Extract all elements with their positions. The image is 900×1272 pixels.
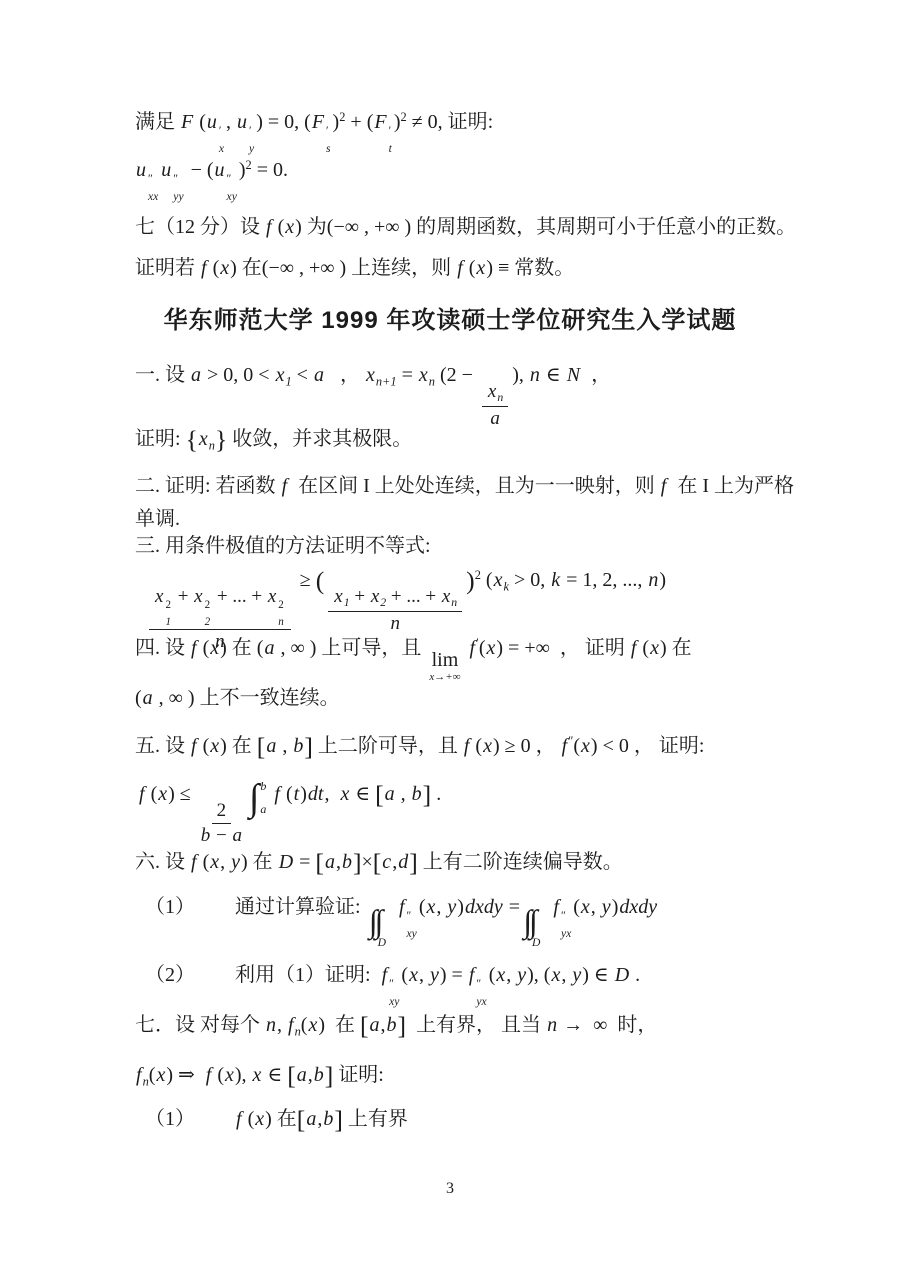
text-run: = (397, 364, 418, 386)
text-run: − (211, 825, 231, 846)
text-run: ( (243, 1108, 255, 1130)
text-run: ∈ (541, 364, 566, 386)
sup-sub-stack: 21 (165, 600, 171, 628)
big-delimiter: ] (334, 1105, 343, 1134)
math-italic: u (135, 159, 147, 181)
text-run: ( (212, 1064, 224, 1086)
text-run: , (561, 964, 571, 986)
text-run: ), ( (527, 964, 550, 986)
text-run: 满足 (135, 111, 180, 133)
numerator: xn (482, 381, 508, 407)
limit-operator: limx→+∞ (429, 650, 460, 683)
math-italic: a (231, 825, 243, 846)
numerator: x1 + x2 + ... + xn (328, 586, 462, 612)
stack-subscript: y (249, 143, 254, 155)
text-run: ) (457, 896, 464, 918)
text-run: + (173, 586, 193, 607)
text-run: + ... + (212, 586, 267, 607)
math-italic: x (408, 964, 419, 986)
text-run: ) (300, 783, 307, 805)
math-italic: f (456, 257, 464, 279)
text-run: ) 在 (241, 851, 278, 873)
math-italic: b (341, 851, 353, 873)
text-run: ∈ (262, 1064, 287, 1086)
text-run: 单调. (135, 508, 180, 530)
denominator: b − a (200, 824, 243, 847)
text-run: ， (325, 364, 365, 386)
math-italic: f (468, 964, 476, 986)
math-italic: y (429, 964, 440, 986)
math-italic: f (135, 1064, 143, 1086)
stack-subscript: x (219, 143, 224, 155)
math-italic: f (265, 216, 273, 238)
big-delimiter: ] (398, 1011, 407, 1040)
text-run: ( (464, 257, 476, 279)
math-italic: x (495, 964, 506, 986)
math-italic: y (446, 896, 457, 918)
math-italic: f (281, 475, 289, 497)
text-run: ( (637, 637, 649, 659)
lower-limit: a (260, 802, 266, 817)
big-delimiter: [ (375, 780, 384, 809)
text-run: , (381, 1014, 386, 1036)
text-run: ) = (440, 964, 468, 986)
text-run: ) 在(−∞ , +∞ ) 上连续，则 (230, 257, 456, 279)
math-italic: f (273, 783, 281, 805)
text-run: , (396, 783, 411, 805)
stack-subscript: 2 (205, 617, 211, 628)
math-italic: y (601, 896, 612, 918)
subscript: n+1 (376, 374, 397, 388)
text-run: 2 (217, 800, 227, 821)
text-run: 证明若 (135, 257, 200, 279)
p4-line-2: (a , ∞ ) 上不一致连续。 (135, 686, 340, 711)
text-run: ), (235, 1064, 252, 1086)
math-italic: a (142, 687, 154, 709)
text-run: 收敛，并求其极限。 (227, 428, 412, 450)
math-italic: D (278, 851, 294, 873)
math-italic: x (649, 637, 660, 659)
math-italic: x (155, 1064, 166, 1086)
sup-sub-stack: ″yx (561, 910, 571, 939)
text-run: . (431, 783, 441, 805)
limit-below: x→+∞ (429, 672, 460, 683)
numerator: x21 + x22 + ... + x2n (149, 586, 291, 630)
p5-formula: f (x) ≤ 2b − a∫ba f (t)dt, x ∈ [a , b] . (138, 778, 441, 847)
math-italic: f (138, 783, 146, 805)
text-run: ), (512, 364, 529, 386)
text-run: = 0. (252, 159, 288, 181)
text-run: ) 为(−∞ , +∞ ) 的周期函数，其周期可小于任意小的正数。 (295, 216, 796, 238)
text-run: 上有界 (343, 1108, 408, 1130)
p2-line-1: 二. 证明: 若函数 f 在区间 I 上处处连续，且为一一映射，则 f 在 I … (135, 474, 794, 499)
math-italic: x (198, 428, 209, 450)
math-italic: x (275, 364, 286, 386)
fraction: xna (482, 381, 508, 430)
text-run: 二. 证明: 若函数 (135, 475, 281, 497)
p1-line-1: 一. 设 a > 0, 0 < x1 < a ， xn+1 = xn (2 − … (135, 363, 611, 430)
math-italic: n (647, 569, 659, 591)
math-italic: u (206, 111, 218, 133)
math-italic: c (381, 851, 392, 873)
text-run: ) (659, 569, 666, 591)
stack-superscript: ″ (173, 173, 178, 185)
sup-sub-stack: ″xy (407, 910, 417, 939)
text-run: ≠ 0, 证明: (407, 111, 494, 133)
math-italic: x (333, 586, 343, 607)
math-italic: u (236, 111, 248, 133)
p2-line-2: 单调. (135, 507, 180, 532)
text-run: 证明: (333, 1064, 384, 1086)
text-run: ( (481, 569, 493, 591)
p7-line-1: 七．设 对每个 n, fn(x) 在 [a,b] 上有界， 且当 n → ∞ 时… (135, 1010, 657, 1042)
math-italic: n (546, 1014, 558, 1036)
text-run: + ... + (386, 586, 441, 607)
text-run: , (277, 735, 292, 757)
intro-line-3: 七（12 分）设 f (x) 为(−∞ , +∞ ) 的周期函数，其周期可小于任… (135, 215, 796, 240)
text-run: ) 在 (660, 637, 692, 659)
limit-base: lim (432, 650, 459, 670)
text-run: → ∞ 时， (558, 1014, 657, 1036)
big-delimiter: } (215, 425, 227, 454)
text-run: ) = +∞ ， 证明 (496, 637, 629, 659)
stack-superscript: ′ (389, 125, 392, 137)
text-run: + (350, 586, 370, 607)
text-run: , (506, 964, 516, 986)
math-italic: n (265, 1014, 277, 1036)
intro-line-2: u″xxu″yy − (u″xy)2 = 0. (135, 158, 288, 202)
math-italic: x (209, 637, 220, 659)
stack-superscript: ′ (219, 125, 222, 137)
text-run: < (292, 364, 313, 386)
text-run: , (419, 964, 429, 986)
math-italic: dxdy (464, 896, 504, 918)
stack-subscript: xy (407, 928, 417, 940)
math-italic: x (209, 851, 220, 873)
math-italic: x (339, 783, 350, 805)
p1-line-2: 证明: {xn} 收敛，并求其极限。 (135, 424, 412, 456)
sup-sub-stack: ″yy (173, 173, 183, 202)
fraction: 2b − a (200, 800, 243, 847)
text-run: 一. 设 (135, 364, 190, 386)
text-run: 七（12 分）设 (135, 216, 265, 238)
double-integral-sign: ∫∫ (529, 907, 543, 936)
text-run: > 0, 0 < (202, 364, 275, 386)
math-italic: f (287, 1014, 295, 1036)
text-run: , (277, 1014, 287, 1036)
math-italic: x (154, 586, 164, 607)
p4-line-1: 四. 设 f (x) 在 (a , ∞ ) 上可导，且 limx→+∞ f′(x… (135, 636, 692, 683)
text-run: ( (146, 783, 158, 805)
text-run: = (504, 896, 525, 918)
math-italic: b (200, 825, 212, 846)
sup-sub-stack: ′y (249, 125, 254, 154)
stack-subscript: xy (227, 191, 237, 203)
text-run: = (294, 851, 315, 873)
subscript: n (497, 391, 503, 404)
math-italic: x (252, 1064, 263, 1086)
text-run: （1） 通过计算验证: (145, 896, 371, 918)
math-italic: a (324, 851, 336, 873)
stack-subscript: s (326, 143, 331, 155)
stack-superscript: 2 (205, 600, 211, 611)
text-run: ( (198, 735, 210, 757)
big-delimiter: [ (360, 1011, 369, 1040)
double-integral-sign: ∫∫ (375, 907, 389, 936)
text-run: ) 在 ( (220, 637, 263, 659)
math-italic: n (529, 364, 541, 386)
p7-item-1: （1） f (x) 在[a,b] 上有界 (145, 1104, 408, 1136)
stack-superscript: ″ (227, 173, 232, 185)
math-italic: a (489, 408, 501, 429)
text-run: 上有二阶连续偏导数。 (418, 851, 623, 873)
big-delimiter: ] (409, 848, 418, 877)
text-run: 六. 设 (135, 851, 190, 873)
big-delimiter: [ (287, 1061, 296, 1090)
math-italic: b (411, 783, 423, 805)
text-run: （2） 利用（1）证明: (145, 964, 381, 986)
math-italic: k (550, 569, 561, 591)
stack-superscript: 2 (278, 600, 284, 611)
math-italic: x (193, 586, 203, 607)
document-title: 华东师范大学 1999 年攻读硕士学位研究生入学试题 (0, 300, 900, 335)
math-italic: x (425, 896, 436, 918)
denominator: n (389, 612, 401, 635)
numerator: 2 (212, 800, 232, 824)
text-run: ( (470, 735, 482, 757)
text-run: , ∞ ) 上不一致连续。 (154, 687, 340, 709)
integral: ∫ba (249, 778, 266, 818)
text-run: 五. 设 (135, 735, 190, 757)
math-italic: N (566, 364, 581, 386)
page-number: 3 (0, 1180, 900, 1198)
text-run: . (630, 964, 640, 986)
text-run: 七．设 对每个 (135, 1014, 265, 1036)
math-italic: F (180, 111, 194, 133)
math-italic: F (373, 111, 387, 133)
text-run: ) = 0, ( (256, 111, 311, 133)
text-run: 在区间 I 上处处连续，且为一一映射，则 (288, 475, 660, 497)
sup-sub-stack: ″yx (476, 978, 486, 1007)
sup-sub-stack: ′x (219, 125, 224, 154)
text-run: , ∞ ) 上可导，且 (275, 637, 426, 659)
math-italic: b (386, 1014, 398, 1036)
math-italic: x (418, 364, 429, 386)
big-delimiter: ] (304, 732, 313, 761)
double-integral: ∫∫D (375, 907, 389, 948)
stack-superscript: ′ (249, 125, 252, 137)
stack-subscript: 1 (165, 617, 171, 628)
text-run: , (591, 896, 601, 918)
stack-subscript: n (278, 617, 284, 628)
stack-superscript: ″ (407, 910, 412, 922)
text-run: 证明: (135, 428, 186, 450)
integral-domain: D (378, 937, 386, 949)
p6-item-1: （1） 通过计算验证: ∫∫D f″xy(x, y)dxdy = ∫∫D f″y… (145, 895, 658, 948)
subscript: n (451, 596, 457, 609)
text-run: ) 在 (220, 735, 257, 757)
text-run: ) ≥ 0 ， (493, 735, 561, 757)
math-italic: b (292, 735, 304, 757)
text-run: 上有界， 且当 (406, 1014, 546, 1036)
math-italic: f (469, 637, 477, 659)
sup-sub-stack: 22 (205, 600, 211, 628)
math-italic: x (485, 637, 496, 659)
math-italic: f (552, 896, 560, 918)
math-italic: dxdy (618, 896, 658, 918)
text-run: + ( (345, 111, 373, 133)
math-italic: x (487, 381, 497, 402)
math-italic: y (571, 964, 582, 986)
math-italic: y (230, 851, 241, 873)
math-italic: f (235, 1108, 243, 1130)
math-italic: f (200, 257, 208, 279)
text-run: ) ∈ (582, 964, 613, 986)
stack-superscript: ″ (389, 978, 394, 990)
stack-superscript: ″ (476, 978, 481, 990)
math-italic: x (284, 216, 295, 238)
math-italic: x (580, 896, 591, 918)
math-italic: x (157, 783, 168, 805)
document-page: 华东师范大学 1999 年攻读硕士学位研究生入学试题 满足 F (u′x, u′… (0, 0, 900, 1272)
math-italic: a (263, 637, 275, 659)
math-italic: a (369, 1014, 381, 1036)
math-italic: x (475, 257, 486, 279)
math-italic: x (365, 364, 376, 386)
text-run: ) ≡ 常数。 (486, 257, 574, 279)
upper-limit: b (260, 779, 266, 794)
big-delimiter: ( (316, 566, 325, 595)
double-integral: ∫∫D (529, 907, 543, 948)
p3-head: 三. 用条件极值的方法证明不等式: (135, 534, 431, 559)
text-run: ( (208, 257, 220, 279)
math-italic: f (190, 637, 198, 659)
math-italic: b (313, 1064, 325, 1086)
sup-sub-stack: ″xy (389, 978, 399, 1007)
math-italic: a (265, 735, 277, 757)
math-italic: x (370, 586, 380, 607)
text-run: , (220, 851, 230, 873)
stack-superscript: 2 (165, 600, 171, 611)
sup-sub-stack: ′s (326, 125, 331, 154)
integral-sign: ∫ (249, 782, 259, 814)
stack-superscript: ″ (561, 910, 566, 922)
math-italic: u (160, 159, 172, 181)
math-italic: x (219, 257, 230, 279)
math-italic: x (224, 1064, 235, 1086)
text-run: ( (573, 896, 580, 918)
fraction: x1 + x2 + ... + xnn (328, 586, 462, 635)
text-run: > 0, (509, 569, 550, 591)
text-run: ) (239, 159, 246, 181)
big-delimiter: { (186, 425, 198, 454)
text-run: , (324, 783, 339, 805)
sup-sub-stack: 2n (278, 600, 284, 628)
math-italic: y (516, 964, 527, 986)
math-italic: x (307, 1014, 318, 1036)
text-run: ) (394, 111, 401, 133)
text-run: （1） (145, 1108, 235, 1130)
math-italic: dt (307, 783, 325, 805)
text-run: ( (135, 687, 142, 709)
stack-subscript: t (389, 143, 392, 155)
text-run: ) ⇒ (166, 1064, 204, 1086)
stack-subscript: yy (173, 191, 183, 203)
text-run: ) ≤ (168, 783, 196, 805)
big-delimiter: ) (466, 566, 475, 595)
intro-line-1: 满足 F (u′x, u′y) = 0, (F′s)2 + (F′t)2 ≠ 0… (135, 110, 493, 154)
text-run: ( (273, 216, 285, 238)
text-run: ( (194, 111, 206, 133)
stack-subscript: yx (561, 928, 571, 940)
p5-line-1: 五. 设 f (x) 在 [a , b] 上二阶可导，且 f (x) ≥ 0 ，… (135, 731, 704, 763)
integral-limits: ba (260, 778, 266, 818)
text-run: ( (198, 851, 210, 873)
text-run (464, 637, 469, 659)
text-run: 四. 设 (135, 637, 190, 659)
text-run: ∈ (350, 783, 375, 805)
big-delimiter: [ (315, 848, 324, 877)
text-run: ≥ (295, 569, 316, 591)
text-run: ( (198, 637, 210, 659)
text-run: , (226, 111, 236, 133)
math-italic: a (296, 1064, 308, 1086)
math-italic: f (190, 851, 198, 873)
integral-domain: D (532, 937, 540, 949)
text-run: (2 − (435, 364, 478, 386)
math-italic: F (311, 111, 325, 133)
stack-superscript: ″ (148, 173, 153, 185)
text-run: − ( (186, 159, 214, 181)
math-italic: x (550, 964, 561, 986)
math-italic: x (267, 586, 277, 607)
stack-subscript: xx (148, 191, 158, 203)
math-italic: u (214, 159, 226, 181)
p6-line-1: 六. 设 f (x, y) 在 D = [a,b]×[c,d] 上有二阶连续偏导… (135, 847, 623, 879)
p7-line-2: fn(x) ⇒ f (x), x ∈ [a,b] 证明: (135, 1060, 384, 1092)
math-italic: a (313, 364, 325, 386)
math-italic: x (209, 735, 220, 757)
text-run: ( (281, 783, 293, 805)
math-italic: b (322, 1108, 334, 1130)
math-italic: x (441, 586, 451, 607)
sup-sub-stack: ′t (389, 125, 392, 154)
text-run: ) < 0 ， 证明: (591, 735, 705, 757)
stack-superscript: ′ (326, 125, 329, 137)
text-run: 三. 用条件极值的方法证明不等式: (135, 535, 431, 557)
math-italic: x (254, 1108, 265, 1130)
math-italic: a (305, 1108, 317, 1130)
sup-sub-stack: ″xy (227, 173, 237, 202)
math-italic: f (190, 735, 198, 757)
text-run: ) 在 (265, 1108, 297, 1130)
intro-line-4: 证明若 f (x) 在(−∞ , +∞ ) 上连续，则 f (x) ≡ 常数。 (135, 256, 574, 281)
math-italic: x (580, 735, 591, 757)
stack-subscript: yx (476, 996, 486, 1008)
math-italic: D (614, 964, 630, 986)
math-italic: a (190, 364, 202, 386)
p6-item-2: （2） 利用（1）证明: f″xy(x, y) = f″yx(x, y), (x… (145, 963, 640, 1007)
math-italic: a (384, 783, 396, 805)
text-run: ) 在 (318, 1014, 360, 1036)
text-run: = 1, 2, ..., (561, 569, 647, 591)
sup-sub-stack: ″xx (148, 173, 158, 202)
text-run: 在 I 上为严格 (667, 475, 794, 497)
text-run: , (436, 896, 446, 918)
text-run: 上二阶可导，且 (313, 735, 463, 757)
stack-subscript: xy (389, 996, 399, 1008)
text-run: ， (581, 364, 611, 386)
